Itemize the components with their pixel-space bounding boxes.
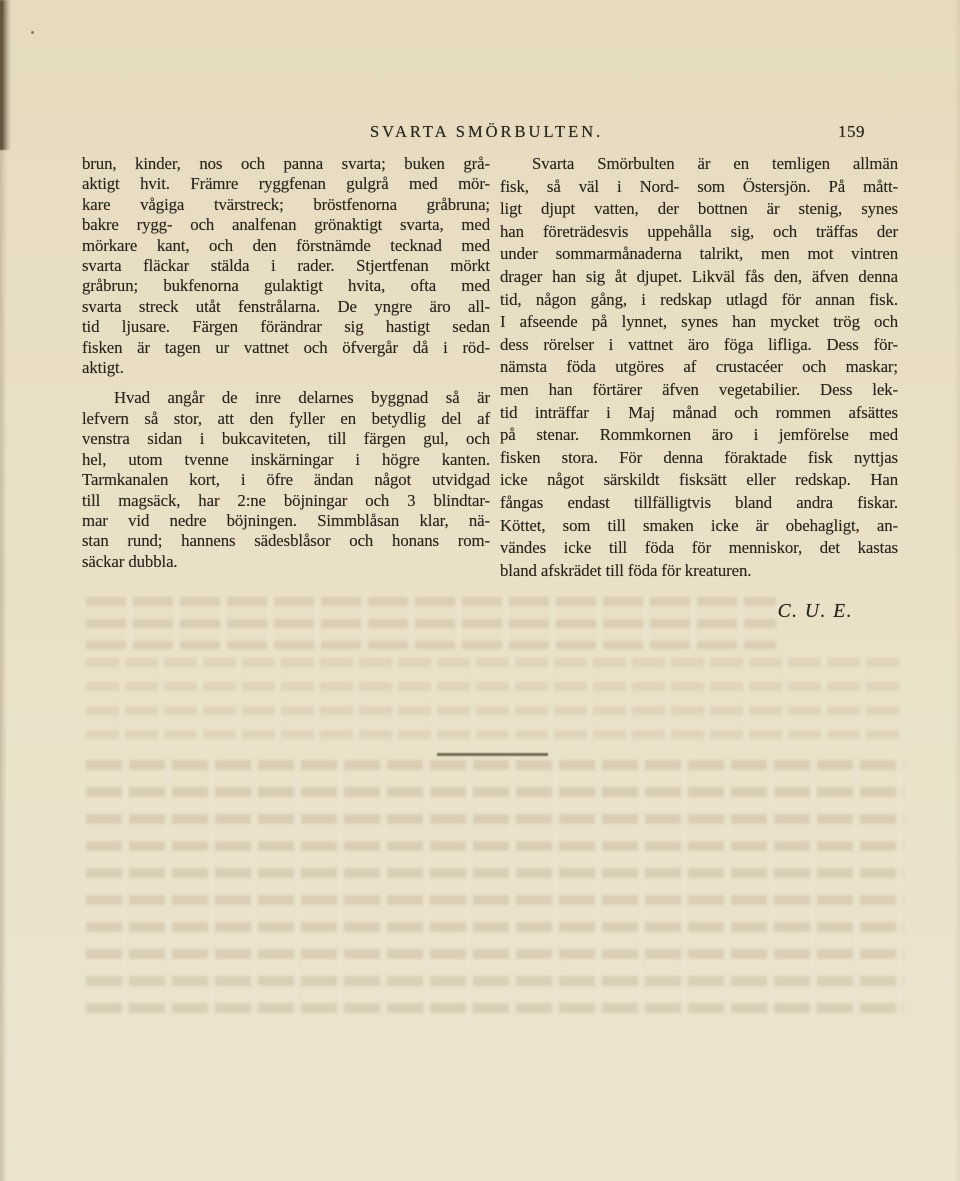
text-line: Svarta Smörbulten är en temligen allmän — [500, 153, 898, 176]
running-head: SVARTA SMÖRBULTEN. 159 — [0, 122, 960, 144]
bleedthrough-text-lower — [86, 760, 904, 1020]
text-line: kare vågiga tvärstreck; bröstfenorna grå… — [82, 195, 490, 215]
text-line: bakre rygg- och analfenan grönaktigt sva… — [82, 215, 490, 235]
text-line: under sommarmånaderna talrikt, men mot v… — [500, 243, 898, 266]
author-signature: C. U. E. — [500, 601, 898, 623]
text-line: vändes icke till föda för menniskor, det… — [500, 537, 898, 560]
scanned-book-page: SVARTA SMÖRBULTEN. 159 brun, kinder, nos… — [0, 0, 960, 1181]
bleedthrough-section-rule — [437, 753, 548, 756]
bleedthrough-text-middle — [86, 658, 904, 752]
text-line: aktigt. — [82, 358, 490, 378]
column-left: brun, kinder, nos och panna svarta; buke… — [82, 154, 490, 572]
text-line: till magsäck, har 2:ne böjningar och 3 b… — [82, 491, 490, 511]
text-line: fisk, så väl i Nord- som Östersjön. På m… — [500, 176, 898, 199]
page-title: SVARTA SMÖRBULTEN. — [370, 122, 603, 142]
paragraph: Hvad angår de inre delarnes byggnad så ä… — [82, 388, 490, 572]
text-line: säckar dubbla. — [82, 552, 490, 572]
text-line: dess rörelser i vattnet äro föga lifliga… — [500, 334, 898, 357]
text-line: bland afskrädet till föda för kreaturen. — [500, 560, 898, 583]
scan-edge-shadow-right — [954, 0, 960, 1181]
text-line: men han förtärer äfven vegetabilier. Des… — [500, 379, 898, 402]
text-line: fisken stora. För denna föraktade fisk n… — [500, 447, 898, 470]
text-line: fisken är tagen ur vattnet och öfvergår … — [82, 338, 490, 358]
text-line: venstra sidan i bukcaviteten, till färge… — [82, 429, 490, 449]
text-line: tid ljusare. Färgen förändrar sig hastig… — [82, 317, 490, 337]
text-line: stan rund; hannens sädesblåsor och honan… — [82, 531, 490, 551]
page-number: 159 — [838, 122, 865, 142]
text-line: mar vid nedre böjningen. Simmblåsan klar… — [82, 511, 490, 531]
paragraph: brun, kinder, nos och panna svarta; buke… — [82, 154, 490, 378]
ink-speck — [31, 31, 34, 34]
column-right: Svarta Smörbulten är en temligen allmänf… — [500, 153, 898, 582]
text-line: mörkare kant, och den förstnämde tecknad… — [82, 236, 490, 256]
text-line: ligt djupt vatten, der bottnen är stenig… — [500, 198, 898, 221]
text-line: nämsta föda utgöres af crustacéer och ma… — [500, 356, 898, 379]
text-line: I afseende på lynnet, synes han mycket t… — [500, 311, 898, 334]
text-line: lefvern så stor, att den fyller en betyd… — [82, 409, 490, 429]
paragraph: Svarta Smörbulten är en temligen allmänf… — [500, 153, 898, 582]
text-line: drager han sig åt djupet. Likväl fås den… — [500, 266, 898, 289]
text-line: hel, utom tvenne inskärningar i högre ka… — [82, 450, 490, 470]
text-line: på stenar. Rommkornen äro i jemförelse m… — [500, 424, 898, 447]
text-line: svarta fläckar stälda i rader. Stjertfen… — [82, 256, 490, 276]
text-line: svarta streck utåt fenstrålarna. De yngr… — [82, 297, 490, 317]
text-line: icke något särskildt fisksätt eller reds… — [500, 469, 898, 492]
text-line: gråbrun; bukfenorna gulaktigt hvita, oft… — [82, 276, 490, 296]
text-line: brun, kinder, nos och panna svarta; buke… — [82, 154, 490, 174]
text-line: tid, någon gång, i redskap utlagd för an… — [500, 289, 898, 312]
text-line: Tarmkanalen kort, i öfre ändan något utv… — [82, 470, 490, 490]
text-line: tid inträffar i Maj månad och rommen afs… — [500, 402, 898, 425]
text-line: aktigt hvit. Främre ryggfenan gulgrå med… — [82, 174, 490, 194]
text-line: han företrädesvis uppehålla sig, och trä… — [500, 221, 898, 244]
scan-edge-shadow-left — [0, 0, 7, 1181]
text-line: Köttet, som till smaken icke är obehagli… — [500, 515, 898, 538]
text-line: Hvad angår de inre delarnes byggnad så ä… — [82, 388, 490, 408]
text-line: fångas endast tillfälligtvis bland andra… — [500, 492, 898, 515]
